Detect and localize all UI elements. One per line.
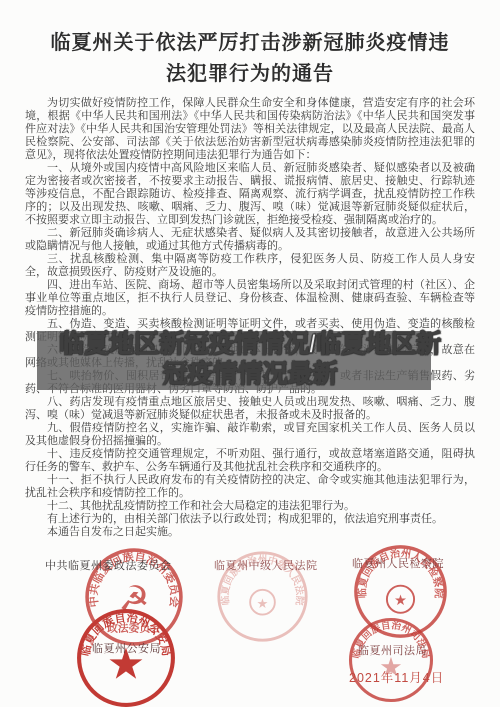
agency-label-procuratorate: 临夏州人民检察院: [352, 555, 444, 571]
watermark-line-2: 冠疫情情况最新: [20, 359, 480, 389]
paragraph-item-3: 三、扰乱核酸检测、集中隔离等防疫工作秩序，侵犯医务人员、防疫工作人员人身安全，故…: [25, 253, 475, 279]
notice-page: 临夏州关于依法严厉打击涉新冠肺炎疫情违法犯罪行为的通告 为切实做好疫情防控工作，…: [0, 0, 500, 707]
seal-justice: 临夏回族自治州司法局 ★: [347, 616, 435, 704]
paragraph-item-9: 九、假借疫情防控名义，实施诈骗、敲诈勒索，或冒充国家机关工作人员、医务人员以及其…: [25, 422, 475, 448]
national-emblem-star-icon: ★: [257, 596, 269, 611]
seal-justice-graphic: 临夏回族自治州司法局 ★: [347, 616, 435, 704]
seal-police: 临夏回族自治州公安局 ★: [75, 607, 177, 707]
paragraph-item-11: 十一、拒不执行人民政府发布的有关疫情防控的决定、命令或实施其他违法犯罪行为，扰乱…: [25, 474, 475, 500]
paragraph-item-4: 四、进出车站、医院、商场、超市等人员密集场所以及采取封闭式管理的村（社区）、企事…: [25, 279, 475, 318]
notice-title: 临夏州关于依法严厉打击涉新冠肺炎疫情违法犯罪行为的通告: [50, 28, 450, 90]
paragraph-penalty: 有上述行为的，由相关部门依法予以行政处罚；构成犯罪的，依法追究刑事责任。: [25, 513, 475, 526]
issue-date: 2021年11月4日: [349, 668, 444, 686]
agency-label-court: 临夏州中级人民法院: [214, 557, 318, 573]
notice-body: 为切实做好疫情防控工作，保障人民群众生命安全和身体健康，营造安定有序的社会环境，…: [25, 97, 475, 539]
watermark-title: 临夏地区新冠疫情情况/临夏地区新 冠疫情情况最新: [20, 329, 480, 389]
watermark-line-1: 临夏地区新冠疫情情况/临夏地区新: [20, 329, 480, 359]
paragraph-item-8: 八、药店发现有疫情重点地区旅居史、接触史人员或出现发热、咳嗽、咽痛、乏力、腹泻、…: [25, 396, 475, 422]
seal-police-graphic: 临夏回族自治州公安局 ★: [75, 607, 177, 707]
paragraph-item-2: 二、新冠肺炎确诊病人、无症状感染者、疑似病人及其密切接触者，故意进入公共场所或隐…: [25, 227, 475, 253]
paragraph-item-10: 十、违反疫情防控交通管理规定，不听劝阻、强行通行，或故意堵塞道路交通，阻碍执行任…: [25, 448, 475, 474]
national-emblem-star-icon: ★: [394, 593, 407, 609]
paragraph-item-1: 一、从境外或国内疫情中高风险地区来临人员、新冠肺炎感染者、疑似感染者以及被确定为…: [25, 162, 475, 227]
paragraph-intro: 为切实做好疫情防控工作，保障人民群众生命安全和身体健康，营造安定有序的社会环境，…: [25, 97, 475, 162]
agency-label-justice: 临夏州司法局: [358, 642, 427, 658]
paragraph-item-12: 十二、其他扰乱疫情防控工作和社会大局稳定的违法犯罪行为。: [25, 500, 475, 513]
paragraph-effective: 本通告自发布之日起实施。: [25, 526, 475, 539]
agency-label-zhengfawei: 中共临夏州委政法委员会: [45, 557, 172, 573]
agency-label-police: 临夏州公安局: [92, 640, 161, 656]
